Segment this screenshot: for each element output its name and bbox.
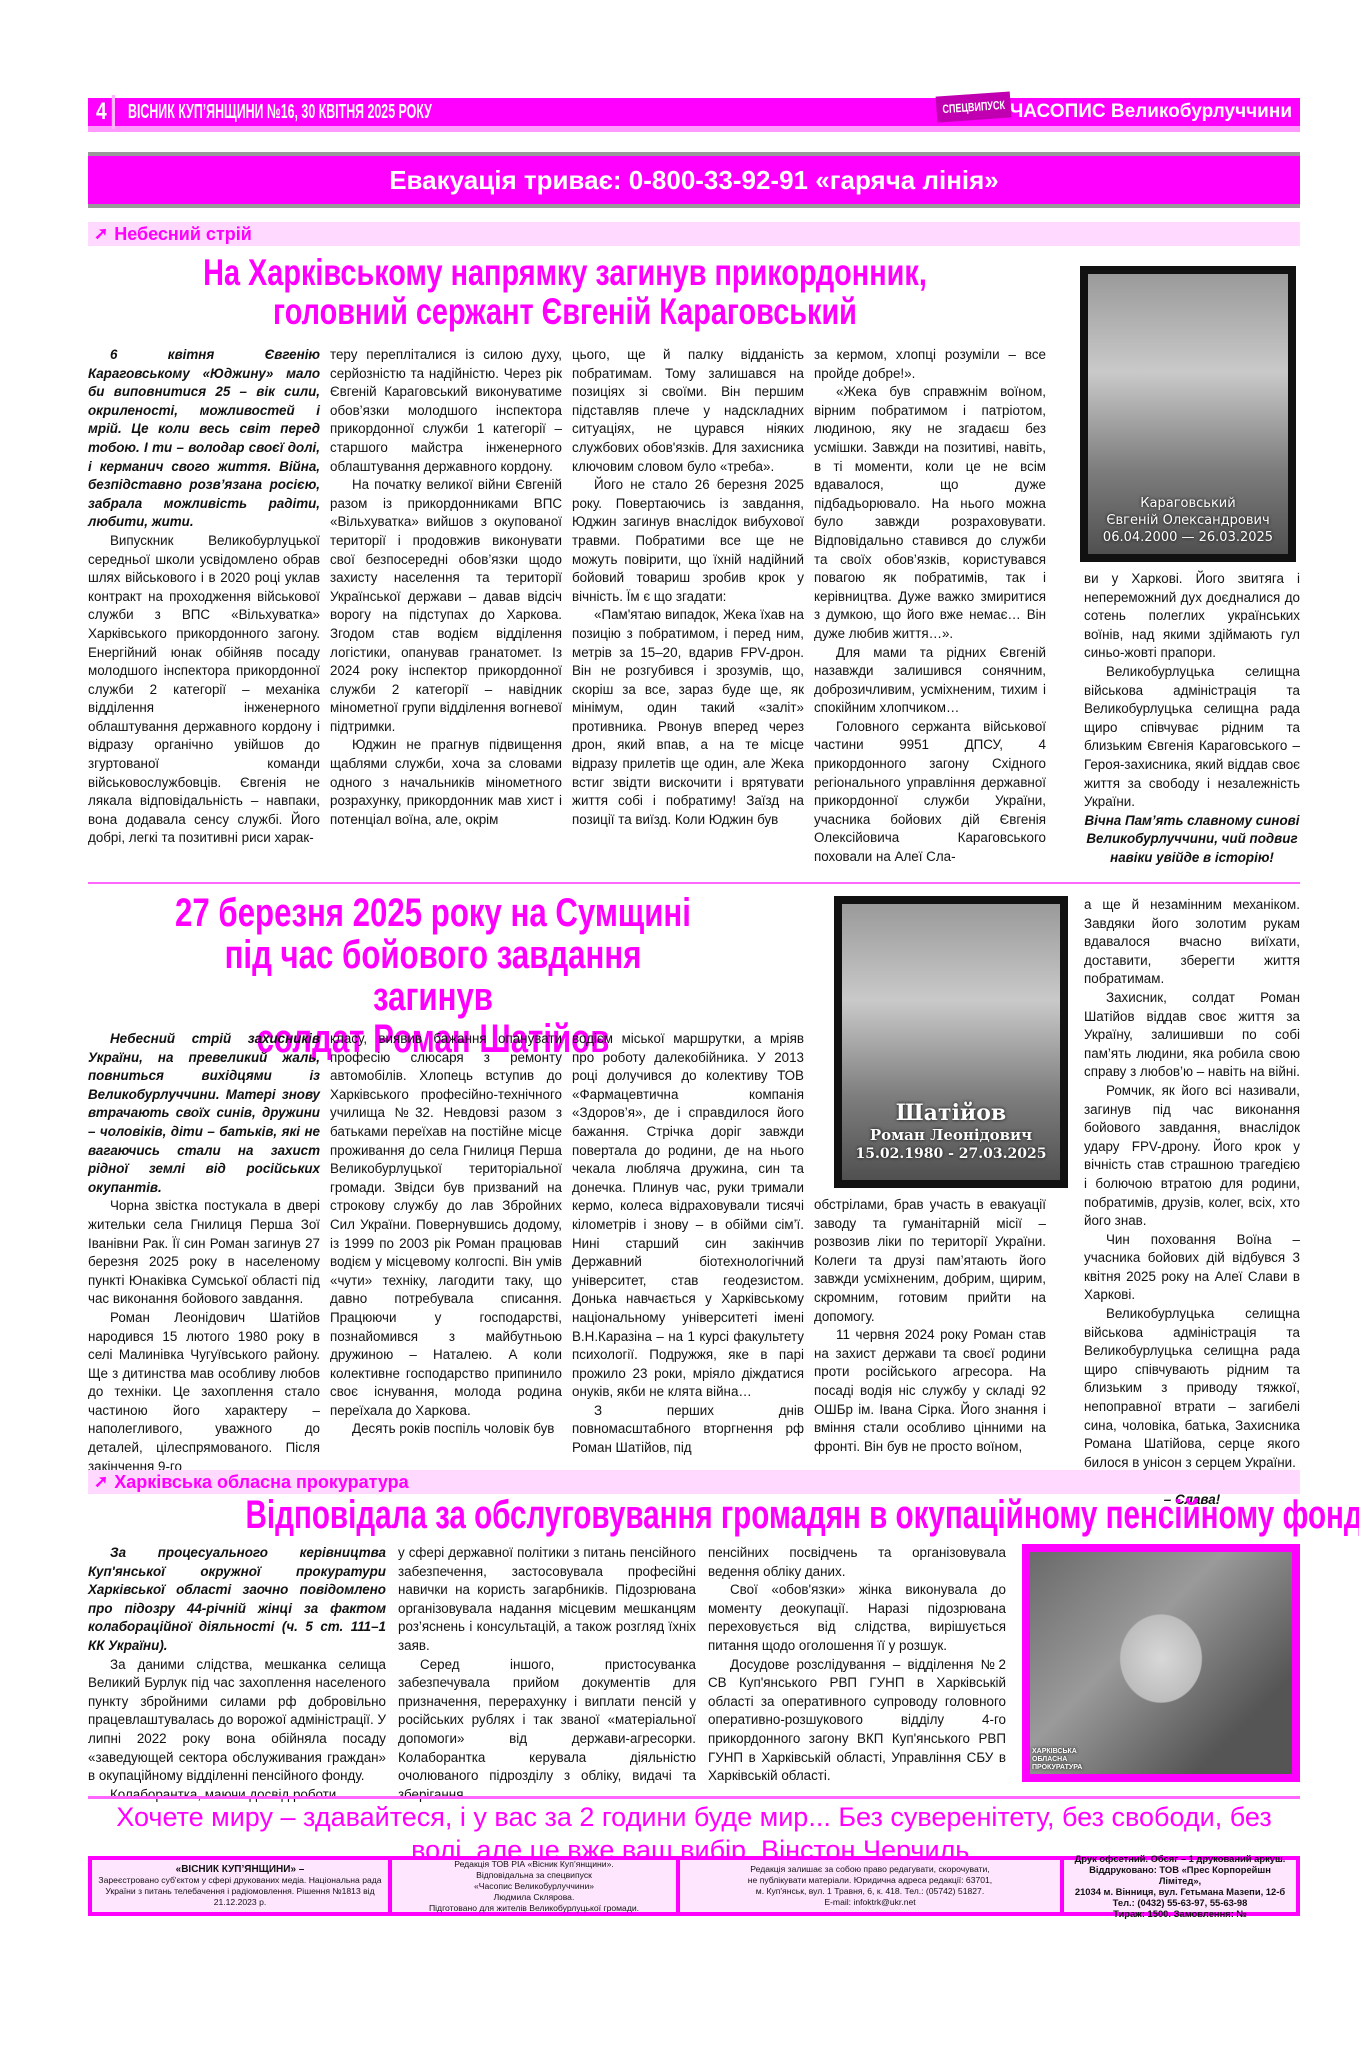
imprint-line: Тираж: 1500. Замовлення: № <box>1068 1908 1292 1919</box>
article2-column-4: обстрілами, брав участь в евакуації заво… <box>814 1196 1046 1456</box>
imprint-line: Редакція залишає за собою право редагува… <box>684 1864 1056 1875</box>
portrait-karahovskyi: Караговський Євгеній Олександрович 06.04… <box>1080 266 1296 562</box>
running-header: 4 ВІСНИК КУП’ЯНЩИНИ №16, 30 КВІТНЯ 2025 … <box>88 98 1300 132</box>
photo-caption-surname: Шатійов <box>838 1100 1064 1126</box>
headline-line: Відповідала за обслуговування громадян в… <box>246 1494 1143 1536</box>
paragraph: Свої «обов'язки» жінка виконувала до мом… <box>708 1581 1006 1655</box>
paragraph: За даними слідства, мешканка селища Вели… <box>88 1656 386 1786</box>
headline-line: головний сержант Євгеній Караговський <box>202 293 927 332</box>
paragraph: пенсійних посвідчень та організовувала в… <box>708 1544 1006 1581</box>
paragraph: Вічна Пам’ять славному синові Великобурл… <box>1084 812 1300 868</box>
paragraph: «Пам'ятаю випадок, Жека їхав на позицію … <box>572 606 804 829</box>
arrow-up-right-icon: ➚ <box>94 224 108 244</box>
paragraph: класу, виявив бажання опанувати професію… <box>330 1030 562 1420</box>
imprint-registration: «ВІСНИК КУП’ЯНЩИНИ» – Зареєстровано суб'… <box>92 1860 392 1912</box>
article1-column-5: ви у Харкові. Його звитяга і непереможни… <box>1084 570 1300 868</box>
article1-column-3: цього, ще й палку відданість побратимам.… <box>572 346 804 829</box>
special-issue-badge: СПЕЦВИПУСК <box>936 91 1012 122</box>
imprint-line: Друк офсетний. Обсяг – 1 друкований арку… <box>1068 1853 1292 1864</box>
article2-column-3: водієм міської маршрутки, а мріяв про ро… <box>572 1030 804 1458</box>
paragraph: водієм міської маршрутки, а мріяв про ро… <box>572 1030 804 1402</box>
paragraph: Чин поховання Воїна – учасника бойових д… <box>1084 1231 1300 1305</box>
imprint-editorial: Редакція ТОВ РІА «Вісник Куп’янщини».Від… <box>392 1860 680 1912</box>
imprint-line: Редакція ТОВ РІА «Вісник Куп’янщини». <box>396 1859 672 1870</box>
imprint-registration-text: Зареєстровано суб'єктом у сфері друкован… <box>96 1875 384 1908</box>
imprint-box: «ВІСНИК КУП’ЯНЩИНИ» – Зареєстровано суб'… <box>88 1856 1300 1916</box>
paragraph: Головного сержанта військової частини 99… <box>814 718 1046 867</box>
paragraph: 11 червня 2024 року Роман став на захист… <box>814 1326 1046 1456</box>
imprint-line: E-mail: infoktrk@ukr.net <box>684 1897 1056 1908</box>
arrow-up-right-icon: ➚ <box>94 1472 108 1492</box>
paragraph: 6 квітня Євгенію Караговському «Юджину» … <box>88 346 320 532</box>
rubric-label: Небесний стрій <box>114 224 252 245</box>
paragraph: Для мами та рідних Євгеній назавжди зали… <box>814 644 1046 718</box>
imprint-legal: Редакція залишає за собою право редагува… <box>680 1860 1064 1912</box>
headline-line: 27 березня 2025 року на Сумщині <box>164 892 702 934</box>
headline-line: під час бойового завдання загинув <box>164 934 702 1018</box>
imprint-line: Підготовано для жителів Великобурлуцької… <box>396 1903 672 1914</box>
article1-headline: На Харківському напрямку загинув прикорд… <box>100 254 1030 332</box>
photo-caption-name: Роман Леонідович <box>838 1126 1064 1145</box>
paragraph: теру перепліталися із силою духу, серйоз… <box>330 346 562 476</box>
headline-line: На Харківському напрямку загинув прикорд… <box>202 254 927 293</box>
article3-column-1: За процесуального керівництва Куп'янсько… <box>88 1544 386 1804</box>
article2-column-2: класу, виявив бажання опанувати професію… <box>330 1030 562 1439</box>
article1-column-4: за кермом, хлопці розуміли – все пройде … <box>814 346 1046 867</box>
photo-caption-dates: 06.04.2000 — 26.03.2025 <box>1084 529 1292 546</box>
article2-column-1: Небесний стрій захисників України, на пр… <box>88 1030 320 1476</box>
imprint-line: Тел.: (0432) 55-63-97, 55-63-98 <box>1068 1897 1292 1908</box>
portrait-shatiiov: Шатійов Роман Леонідович 15.02.1980 - 27… <box>834 896 1068 1188</box>
paragraph: За процесуального керівництва Куп'янсько… <box>88 1544 386 1656</box>
imprint-line: м. Куп'янськ, вул. 1 Травня, 6, к. 418. … <box>684 1886 1056 1897</box>
imprint-line: не публікувати матеріали. Юридична адрес… <box>684 1875 1056 1886</box>
article3-column-3: пенсійних посвідчень та організовувала в… <box>708 1544 1006 1786</box>
paragraph: цього, ще й палку відданість побратимам.… <box>572 346 804 476</box>
paragraph: Небесний стрій захисників України, на пр… <box>88 1030 320 1197</box>
paragraph: Роман Леонідович Шатійов народився 15 лю… <box>88 1309 320 1476</box>
paragraph: а ще й незамінним механіком. Завдяки йог… <box>1084 896 1300 989</box>
rubric-label: Харківська обласна прокуратура <box>114 1472 408 1493</box>
article3-column-2: у сфері державної політики з питань пенс… <box>398 1544 696 1804</box>
paragraph: Великобурлуцька селищна військова адміні… <box>1084 663 1300 812</box>
suspect-photo-blurred: ХАРКІВСЬКА ОБЛАСНА ПРОКУРАТУРА <box>1022 1544 1300 1782</box>
paper-title: ВІСНИК КУП’ЯНЩИНИ №16, 30 КВІТНЯ 2025 РО… <box>128 101 432 124</box>
imprint-title: «ВІСНИК КУП’ЯНЩИНИ» – <box>96 1864 384 1875</box>
supplement-title: ЧАСОПИС Великобурлуччини <box>1010 101 1292 123</box>
article2-column-5: а ще й незамінним механіком. Завдяки йог… <box>1084 896 1300 1510</box>
evacuation-hotline-banner: Евакуація триває: 0-800-33-92-91 «гаряча… <box>88 152 1300 208</box>
paragraph: З перших днів повномасштабного вторгненн… <box>572 1402 804 1458</box>
paragraph: ви у Харкові. Його звитяга і непереможни… <box>1084 570 1300 663</box>
paragraph: Ромчик, як його всі називали, загинув пі… <box>1084 1082 1300 1231</box>
paragraph: Захисник, солдат Роман Шатійов віддав св… <box>1084 989 1300 1082</box>
paragraph: обстрілами, брав участь в евакуації заво… <box>814 1196 1046 1326</box>
paragraph: Чорна звістка постукала в двері жительки… <box>88 1197 320 1309</box>
paragraph: Десять років поспіль чоловік був <box>330 1420 562 1439</box>
imprint-printing: Друк офсетний. Обсяг – 1 друкований арку… <box>1064 1860 1296 1912</box>
imprint-line: 21034 м. Вінниця, вул. Гетьмана Мазепи, … <box>1068 1886 1292 1897</box>
rubric-heavenly-formation: ➚ Небесний стрій <box>88 222 1300 246</box>
photo-caption-surname: Караговський <box>1084 495 1292 512</box>
article3-headline: Відповідала за обслуговування громадян в… <box>88 1494 1300 1536</box>
rubric-prosecutor: ➚ Харківська обласна прокуратура <box>88 1470 1300 1494</box>
paragraph: Великобурлуцька селищна військова адміні… <box>1084 1305 1300 1472</box>
paragraph: На початку великої війни Євгеній разом і… <box>330 476 562 736</box>
photo-caption-dates: 15.02.1980 - 27.03.2025 <box>838 1145 1064 1163</box>
paragraph: у сфері державної політики з питань пенс… <box>398 1544 696 1656</box>
photo-caption-name: Євгеній Олександрович <box>1084 512 1292 529</box>
evacuation-hotline-text: Евакуація триває: 0-800-33-92-91 «гаряча… <box>389 165 999 196</box>
article1-column-2: теру перепліталися із силою духу, серйоз… <box>330 346 562 829</box>
imprint-line: Віддруковано: ТОВ «Прес Корпорейшн Ліміт… <box>1068 1864 1292 1886</box>
paragraph: Юджин не прагнув підвищення щаблями служ… <box>330 736 562 829</box>
imprint-line: Людмила Склярова. <box>396 1892 672 1903</box>
paragraph: Випускник Великобурлуцької середньої шко… <box>88 532 320 848</box>
prosecutor-watermark: ХАРКІВСЬКА ОБЛАСНА ПРОКУРАТУРА <box>1032 1748 1102 1772</box>
paragraph: «Жека був справжнім воїном, вірним побра… <box>814 383 1046 643</box>
section-divider <box>88 882 1300 884</box>
imprint-line: Відповідальна за спецвипуск <box>396 1870 672 1881</box>
paragraph: Досудове розслідування – відділення №2 С… <box>708 1656 1006 1786</box>
paragraph: Серед іншого, пристосуванка забезпечувал… <box>398 1656 696 1805</box>
paragraph: за кермом, хлопці розуміли – все пройде … <box>814 346 1046 383</box>
imprint-line: «Часопис Великобурлуччини» <box>396 1881 672 1892</box>
article1-column-1: 6 квітня Євгенію Караговському «Юджину» … <box>88 346 320 848</box>
paragraph: Його не стало 26 березня 2025 року. Пове… <box>572 476 804 606</box>
page-number: 4 <box>91 95 115 129</box>
